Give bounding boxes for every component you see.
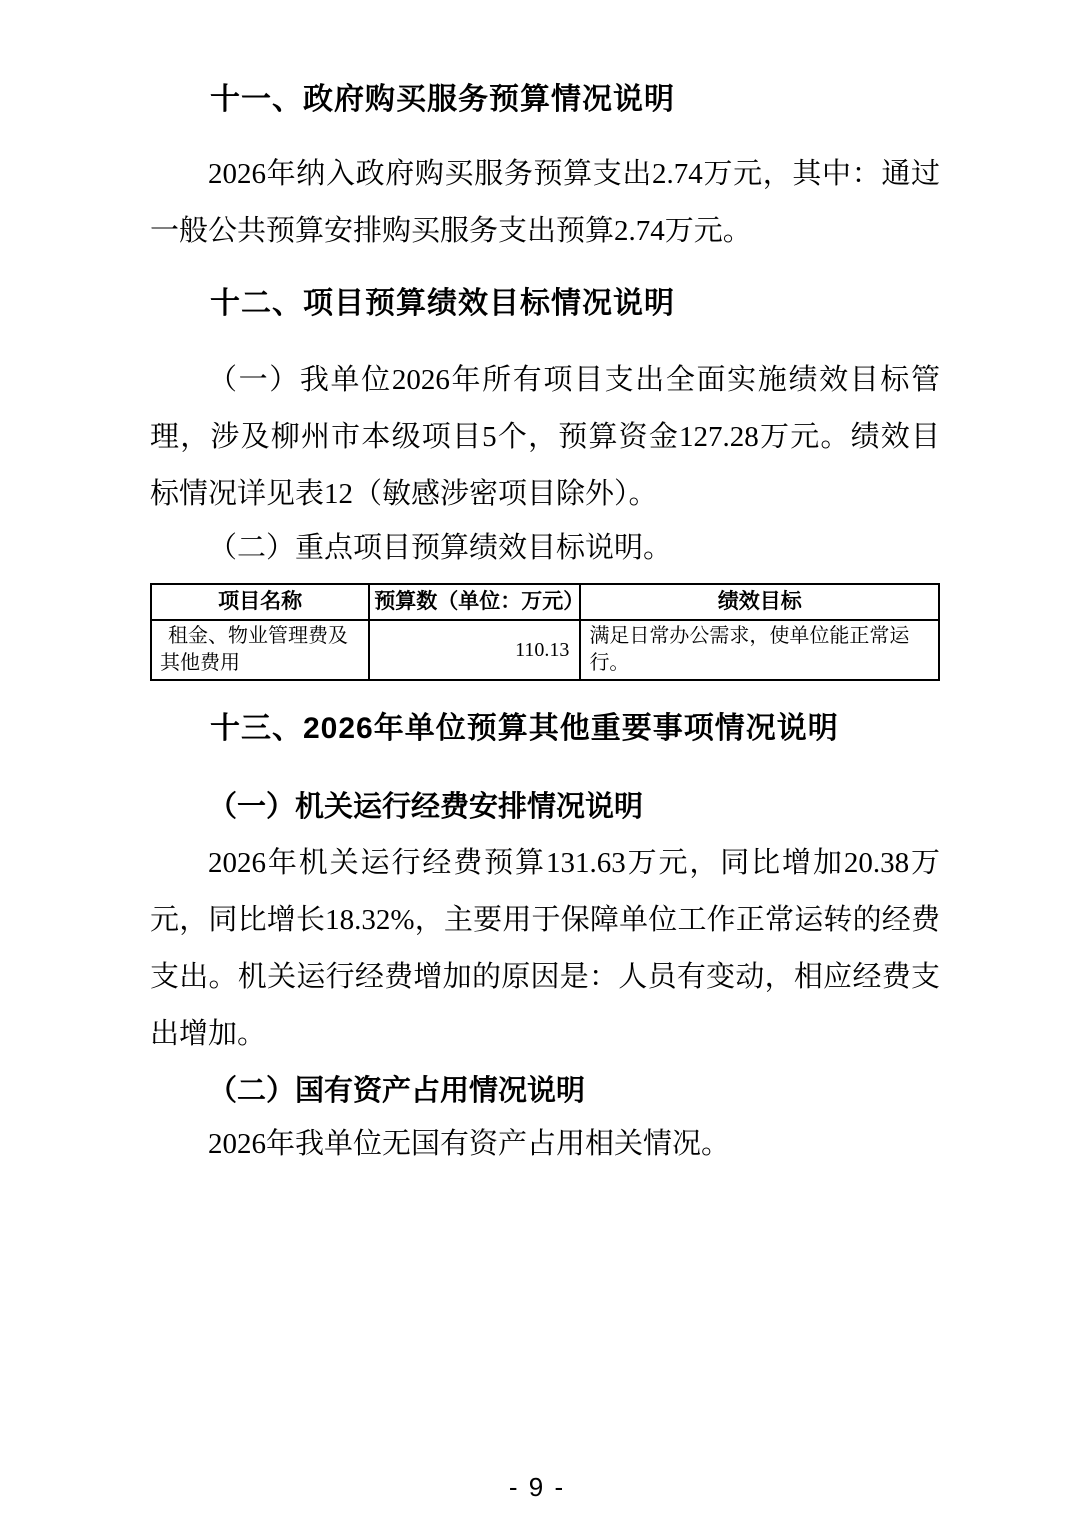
document-content: 十一、政府购买服务预算情况说明 2026年纳入政府购买服务预算支出2.74万元，… — [150, 0, 940, 1169]
section-13-sub-2-paragraph: 2026年我单位无国有资产占用相关情况。 — [150, 1119, 940, 1169]
section-13-sub-1-heading: （一）机关运行经费安排情况说明 — [150, 787, 940, 827]
document-page: 十一、政府购买服务预算情况说明 2026年纳入政府购买服务预算支出2.74万元，… — [0, 0, 1074, 1520]
table-header-budget: 预算数（单位：万元） — [369, 584, 580, 620]
section-12-paragraph-2: （二）重点项目预算绩效目标说明。 — [150, 523, 940, 573]
cell-budget: 110.13 — [369, 620, 580, 680]
table-header-row: 项目名称 预算数（单位：万元） 绩效目标 — [151, 584, 939, 620]
cell-project-name: 租金、物业管理费及其他费用 — [151, 620, 369, 680]
section-12-paragraph-1: （一）我单位2026年所有项目支出全面实施绩效目标管理，涉及柳州市本级项目5个，… — [150, 352, 940, 523]
section-13-heading: 十三、2026年单位预算其他重要事项情况说明 — [150, 709, 940, 749]
table-header-project-name: 项目名称 — [151, 584, 369, 620]
section-11-paragraph: 2026年纳入政府购买服务预算支出2.74万元，其中：通过一般公共预算安排购买服… — [150, 146, 940, 260]
page-number: - 9 - — [0, 1472, 1074, 1503]
section-13-sub-1-paragraph: 2026年机关运行经费预算131.63万元，同比增加20.38万元，同比增长18… — [150, 835, 940, 1063]
performance-target-table: 项目名称 预算数（单位：万元） 绩效目标 租金、物业管理费及其他费用 110.1… — [150, 583, 940, 681]
table-row: 租金、物业管理费及其他费用 110.13 满足日常办公需求，使单位能正常运行。 — [151, 620, 939, 680]
section-11-heading: 十一、政府购买服务预算情况说明 — [150, 80, 940, 120]
section-12-heading: 十二、项目预算绩效目标情况说明 — [150, 284, 940, 324]
cell-performance-target: 满足日常办公需求，使单位能正常运行。 — [580, 620, 939, 680]
section-13-sub-2-heading: （二）国有资产占用情况说明 — [150, 1071, 940, 1111]
table-header-performance-target: 绩效目标 — [580, 584, 939, 620]
